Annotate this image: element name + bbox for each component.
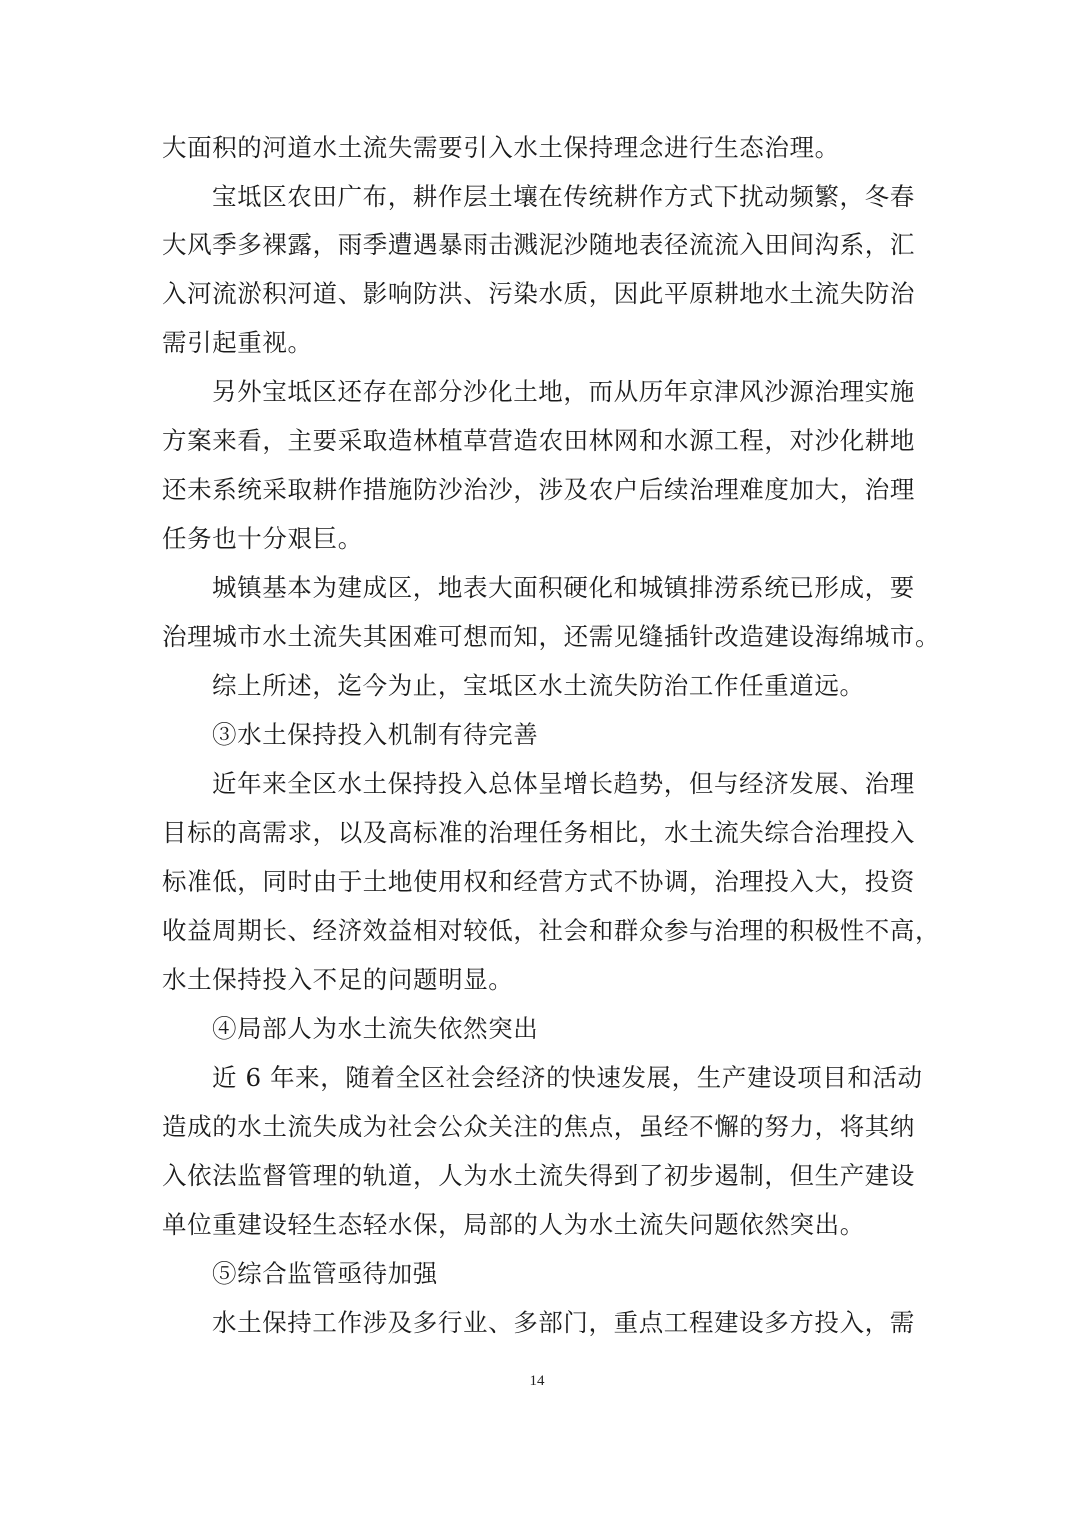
text-line: 需引起重视。 bbox=[162, 328, 914, 358]
text-line: 大面积的河道水土流失需要引入水土保持理念进行生态治理。 bbox=[162, 133, 914, 163]
text-line: 水土保持工作涉及多行业、多部门，重点工程建设多方投入，需 bbox=[212, 1308, 914, 1338]
section-heading: ③水土保持投入机制有待完善 bbox=[212, 720, 964, 750]
text-line: 近年来全区水土保持投入总体呈增长趋势，但与经济发展、治理 bbox=[212, 769, 914, 799]
text-line: 大风季多裸露，雨季遭遇暴雨击溅泥沙随地表径流流入田间沟系，汇 bbox=[162, 230, 914, 260]
text-line: 方案来看，主要采取造林植草营造农田林网和水源工程，对沙化耕地 bbox=[162, 426, 914, 456]
text-line: 收益周期长、经济效益相对较低，社会和群众参与治理的积极性不高， bbox=[162, 916, 914, 946]
text-line: 入依法监督管理的轨道，人为水土流失得到了初步遏制，但生产建设 bbox=[162, 1161, 914, 1191]
text-line: 标准低，同时由于土地使用权和经营方式不协调，治理投入大，投资 bbox=[162, 867, 914, 897]
text-line: 另外宝坻区还存在部分沙化土地，而从历年京津风沙源治理实施 bbox=[212, 377, 914, 407]
text-line: 目标的高需求，以及高标准的治理任务相比，水土流失综合治理投入 bbox=[162, 818, 914, 848]
text-line: 治理城市水土流失其困难可想而知，还需见缝插针改造建设海绵城市。 bbox=[162, 622, 928, 652]
text-line: 单位重建设轻生态轻水保，局部的人为水土流失问题依然突出。 bbox=[162, 1210, 914, 1240]
section-heading: ⑤综合监管亟待加强 bbox=[212, 1259, 964, 1289]
text-line: 入河流淤积河道、影响防洪、污染水质，因此平原耕地水土流失防治 bbox=[162, 279, 914, 309]
text-line: 造成的水土流失成为社会公众关注的焦点，虽经不懈的努力，将其纳 bbox=[162, 1112, 914, 1142]
text-line: 任务也十分艰巨。 bbox=[162, 524, 914, 554]
text-line: 近 6 年来，随着全区社会经济的快速发展，生产建设项目和活动 bbox=[212, 1063, 914, 1093]
text-line: 城镇基本为建成区，地表大面积硬化和城镇排涝系统已形成，要 bbox=[212, 573, 914, 603]
text-line: 还未系统采取耕作措施防沙治沙，涉及农户后续治理难度加大，治理 bbox=[162, 475, 914, 505]
text-line: 综上所述，迄今为止，宝坻区水土流失防治工作任重道远。 bbox=[212, 671, 964, 701]
text-line: 水土保持投入不足的问题明显。 bbox=[162, 965, 914, 995]
section-heading: ④局部人为水土流失依然突出 bbox=[212, 1014, 964, 1044]
document-page: 大面积的河道水土流失需要引入水土保持理念进行生态治理。 宝坻区农田广布，耕作层土… bbox=[0, 0, 1074, 1520]
text-line: 宝坻区农田广布，耕作层土壤在传统耕作方式下扰动频繁，冬春 bbox=[212, 182, 914, 212]
page-number: 14 bbox=[0, 1373, 1074, 1390]
